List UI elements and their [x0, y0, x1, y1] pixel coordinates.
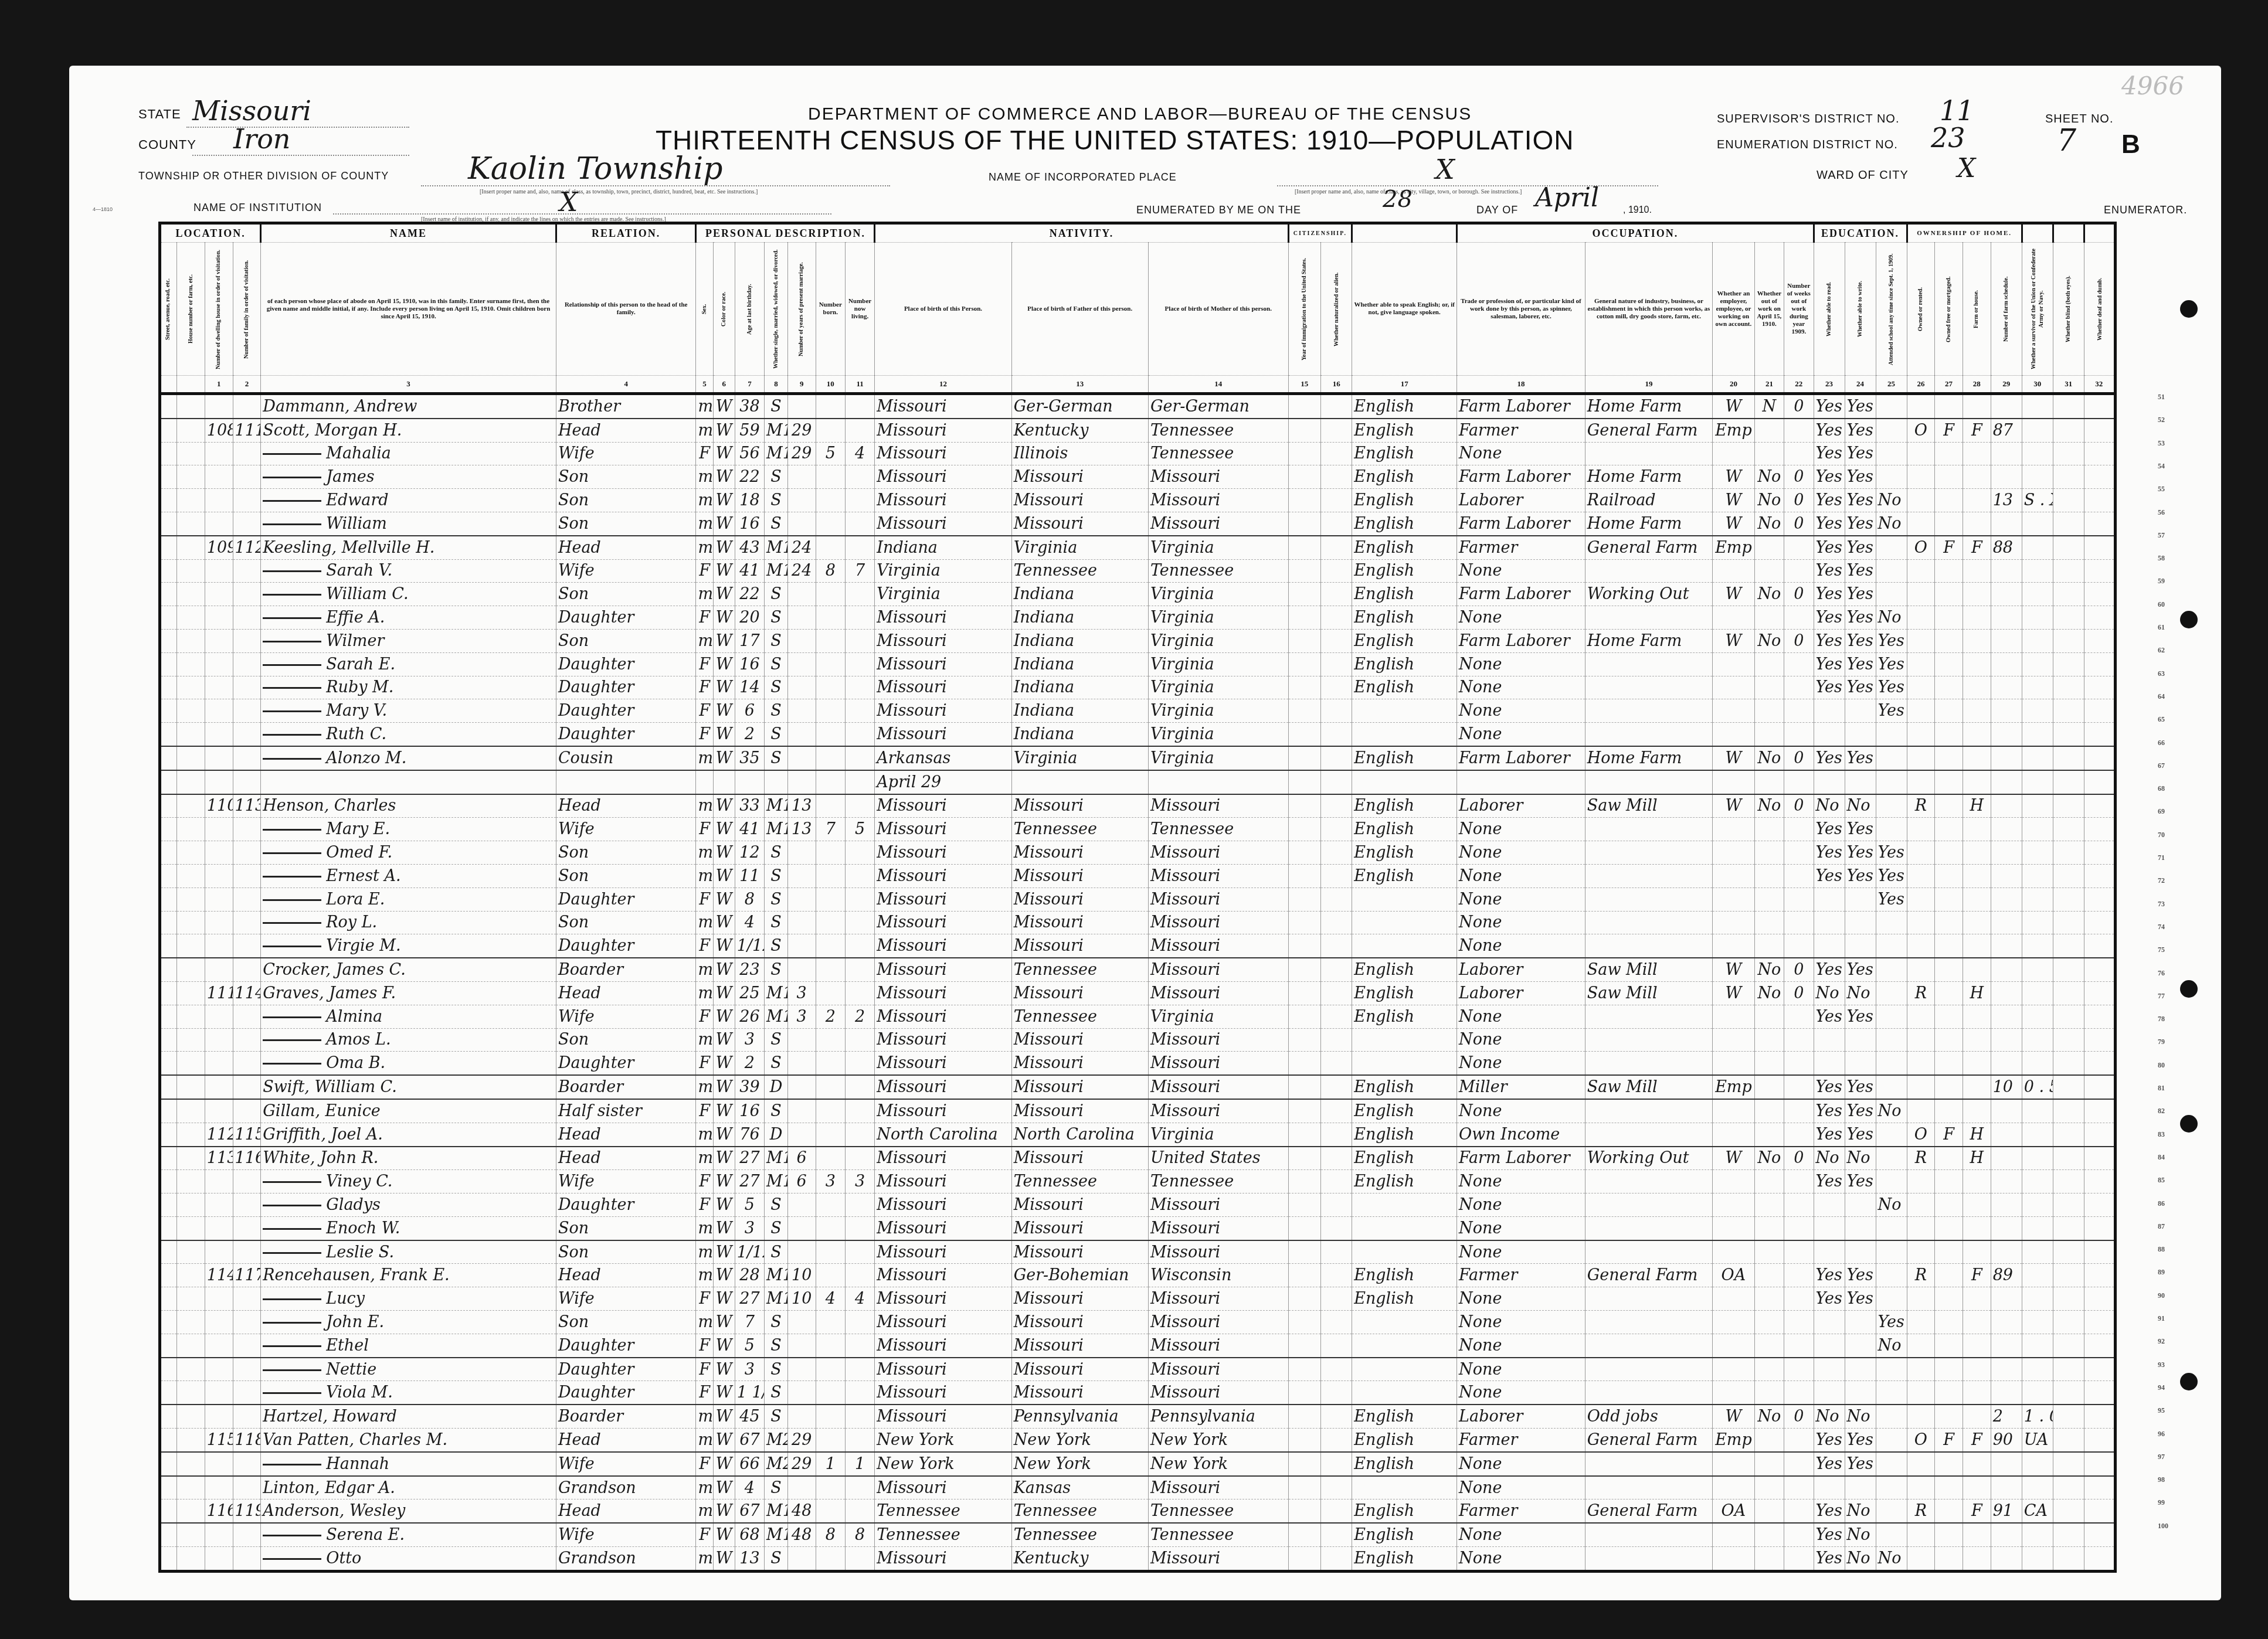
cell-sex: m [696, 1123, 713, 1146]
cell-age: 23 [735, 958, 764, 981]
cell-empty [177, 864, 205, 887]
cell-name: Wilmer [261, 629, 556, 652]
cell-empty [1288, 864, 1321, 887]
cell-race: W [713, 1005, 735, 1028]
cell-empty [1288, 911, 1321, 934]
cell-family [233, 1193, 261, 1217]
cell-born [816, 1123, 845, 1146]
cell-empty [160, 1170, 177, 1193]
cell-empty [1288, 1523, 1321, 1546]
cell-relation: Grandson [556, 1476, 696, 1499]
cell-age: 11 [735, 864, 764, 887]
table-row: LucyWifeFW27M11044MissouriMissouriMissou… [160, 1287, 2116, 1311]
cell-dwelling [205, 1099, 233, 1123]
cell-out-of-work [1754, 911, 1784, 934]
cell-family [233, 606, 261, 630]
cell-weeks-out [1784, 442, 1814, 465]
cell-sex: F [696, 818, 713, 841]
cell-born [816, 723, 845, 746]
cell-father-birth: Missouri [1011, 1381, 1148, 1405]
cell-school [1876, 465, 1907, 489]
cell-empty [160, 1429, 177, 1452]
cell-years-married [787, 606, 816, 630]
cell-empty [1321, 1358, 1352, 1381]
cell-industry [1585, 911, 1712, 934]
cell-empty [2084, 1216, 2115, 1240]
cell-age: 26 [735, 1005, 764, 1028]
census-table: LOCATION. NAME RELATION. PERSONAL DESCRI… [158, 222, 2117, 1573]
cell-write: No [1845, 1547, 1876, 1572]
cell-relation: Wife [556, 1287, 696, 1311]
cell-race: W [713, 419, 735, 442]
cell-empty [2084, 934, 2115, 958]
cell-relation: Son [556, 512, 696, 535]
cell-empty [2053, 1052, 2084, 1075]
cell-class [1713, 770, 1755, 794]
cell-relation: Wife [556, 1170, 696, 1193]
cell-father-birth: Kansas [1011, 1476, 1148, 1499]
ditto-dash [263, 523, 321, 525]
cell-weeks-out [1784, 1264, 1814, 1287]
cell-out-of-work: No [1754, 1147, 1784, 1170]
cell-write: Yes [1845, 1075, 1876, 1099]
cell-family [233, 911, 261, 934]
cell-family [233, 1075, 261, 1099]
cell-write: Yes [1845, 864, 1876, 887]
cell-family [233, 629, 261, 652]
cell-dwelling [205, 1052, 233, 1075]
cell-sex: m [696, 629, 713, 652]
cell-empty [177, 1287, 205, 1311]
cell-school [1876, 1170, 1907, 1193]
cell-empty [1288, 1216, 1321, 1240]
hdr-birth-mother: Place of birth of Mother of this person. [1148, 243, 1288, 376]
line-number: 88 [2158, 1245, 2165, 1254]
cell-school: No [1876, 512, 1907, 535]
cell-empty [2053, 1499, 2084, 1523]
cell-age: 4 [735, 911, 764, 934]
cell-name: Griffith, Joel A. [261, 1123, 556, 1146]
township-label: Township or other division of county [138, 170, 389, 182]
colno: 20 [1713, 376, 1755, 394]
cell-relation: Head [556, 981, 696, 1005]
cell-class: OA [1713, 1499, 1755, 1523]
cell-name: Henson, Charles [261, 794, 556, 818]
cell-owned [1907, 723, 1935, 746]
cell-father-birth: Illinois [1011, 442, 1148, 465]
cell-race: W [713, 818, 735, 841]
cell-name: Ernest A. [261, 864, 556, 887]
cell-marital: S [765, 512, 788, 535]
group-deaf [2084, 223, 2115, 243]
cell-relation: Daughter [556, 934, 696, 958]
cell-mortgaged [1935, 1216, 1963, 1240]
cell-age: 1 1/12 [735, 1381, 764, 1405]
cell-mortgaged [1935, 1005, 1963, 1028]
cell-living [845, 1429, 874, 1452]
cell-birth: Missouri [875, 1216, 1011, 1240]
cell-sex: m [696, 1264, 713, 1287]
cell-marital: S [765, 489, 788, 512]
cell-empty [2084, 676, 2115, 699]
table-row: 112115Griffith, Joel A.HeadmW76DNorth Ca… [160, 1123, 2116, 1146]
cell-out-of-work: No [1754, 465, 1784, 489]
cell-born [816, 746, 845, 770]
cell-weeks-out [1784, 1381, 1814, 1405]
cell-mother-birth: Missouri [1148, 1052, 1288, 1075]
cell-schedule [1991, 652, 2022, 676]
cell-age [735, 770, 764, 794]
cell-mother-birth: Virginia [1148, 1005, 1288, 1028]
cell-marital: M1 [765, 1523, 788, 1546]
cell-empty [177, 1334, 205, 1357]
cell-birth: Missouri [875, 794, 1011, 818]
cell-empty [177, 958, 205, 981]
cell-english: English [1352, 1075, 1457, 1099]
cell-marital: M1 [765, 536, 788, 559]
cell-empty [177, 981, 205, 1005]
cell-living [845, 629, 874, 652]
cell-occupation: Laborer [1457, 981, 1585, 1005]
cell-birth: Missouri [875, 676, 1011, 699]
cell-empty [1288, 1547, 1321, 1572]
cell-farm-house [1963, 394, 1991, 419]
cell-empty [2084, 442, 2115, 465]
cell-birth: Missouri [875, 1099, 1011, 1123]
cell-dwelling [205, 442, 233, 465]
cell-empty [1321, 1005, 1352, 1028]
cell-class: W [1713, 1147, 1755, 1170]
cell-years-married [787, 1381, 816, 1405]
cell-schedule [1991, 676, 2022, 699]
cell-years-married [787, 489, 816, 512]
cell-years-married: 29 [787, 1429, 816, 1452]
cell-relation: Brother [556, 394, 696, 419]
cell-born: 8 [816, 1523, 845, 1546]
cell-schedule [1991, 1523, 2022, 1546]
table-row: WilmerSonmW17SMissouriIndianaVirginiaEng… [160, 629, 2116, 652]
hdr-years-married: Number of years of present marriage. [787, 243, 816, 376]
cell-farm-house: H [1963, 1147, 1991, 1170]
cell-empty [1321, 841, 1352, 865]
cell-empty [160, 746, 177, 770]
group-blind [2053, 223, 2084, 243]
cell-extra [2022, 699, 2053, 723]
cell-birth: Missouri [875, 465, 1011, 489]
cell-sex: F [696, 606, 713, 630]
cell-owned: R [1907, 1264, 1935, 1287]
cell-empty [160, 1240, 177, 1264]
cell-years-married [787, 770, 816, 794]
colno [160, 376, 177, 394]
cell-schedule [1991, 1452, 2022, 1476]
line-number: 54 [2158, 462, 2165, 471]
cell-father-birth: Indiana [1011, 606, 1148, 630]
cell-empty [2053, 1358, 2084, 1381]
cell-empty [2053, 583, 2084, 606]
cell-mother-birth: Missouri [1148, 512, 1288, 535]
cell-owned [1907, 818, 1935, 841]
cell-mortgaged [1935, 1170, 1963, 1193]
cell-schedule [1991, 606, 2022, 630]
cell-empty [1288, 1452, 1321, 1476]
cell-sex: m [696, 841, 713, 865]
cell-mortgaged [1935, 841, 1963, 865]
cell-birth: Missouri [875, 818, 1011, 841]
cell-empty [2053, 676, 2084, 699]
cell-empty [1321, 419, 1352, 442]
cell-family [233, 583, 261, 606]
cell-name: Ruby M. [261, 676, 556, 699]
cell-relation: Daughter [556, 652, 696, 676]
cell-empty [177, 911, 205, 934]
cell-mother-birth: Tennessee [1148, 1170, 1288, 1193]
institution-label: Name of institution [193, 202, 322, 214]
cell-schedule [1991, 841, 2022, 865]
cell-schedule [1991, 512, 2022, 535]
cell-empty [1288, 419, 1321, 442]
cell-marital: S [765, 1405, 788, 1428]
cell-write [1845, 1311, 1876, 1334]
cell-school [1876, 770, 1907, 794]
table-row: NettieDaughterFW3SMissouriMissouriMissou… [160, 1358, 2116, 1381]
cell-occupation: None [1457, 864, 1585, 887]
cell-empty [160, 841, 177, 865]
cell-farm-house [1963, 1028, 1991, 1052]
cell-name: James [261, 465, 556, 489]
cell-born [816, 770, 845, 794]
cell-empty [160, 1147, 177, 1170]
cell-born [816, 489, 845, 512]
cell-write: No [1845, 794, 1876, 818]
cell-industry [1585, 841, 1712, 865]
year: , 1910. [1623, 205, 1652, 216]
cell-mortgaged [1935, 465, 1963, 489]
cell-owned [1907, 489, 1935, 512]
ditto-dash [263, 710, 321, 712]
cell-dwelling: 111 [205, 981, 233, 1005]
cell-sex: F [696, 559, 713, 583]
form-number: 4—1810 [93, 206, 113, 212]
line-number: 53 [2158, 439, 2165, 448]
cell-empty [177, 676, 205, 699]
cell-farm-house [1963, 1523, 1991, 1546]
cell-name: Viney C. [261, 1170, 556, 1193]
cell-dwelling [205, 1170, 233, 1193]
cell-empty [2084, 887, 2115, 911]
cell-mortgaged [1935, 512, 1963, 535]
cell-years-married: 29 [787, 1452, 816, 1476]
cell-mortgaged: F [1935, 1123, 1963, 1146]
cell-race: W [713, 1287, 735, 1311]
cell-relation: Wife [556, 1523, 696, 1546]
cell-class [1713, 1547, 1755, 1572]
cell-industry: Home Farm [1585, 465, 1712, 489]
cell-empty [1288, 1005, 1321, 1028]
cell-english: English [1352, 606, 1457, 630]
cell-farm-house [1963, 512, 1991, 535]
cell-empty [1321, 465, 1352, 489]
cell-name: Enoch W. [261, 1216, 556, 1240]
cell-occupation: Laborer [1457, 958, 1585, 981]
ditto-dash [263, 453, 321, 455]
cell-birth: Missouri [875, 394, 1011, 419]
cell-read: Yes [1814, 419, 1845, 442]
hdr-trade: Trade or profession of, or particular ki… [1457, 243, 1585, 376]
cell-age: 14 [735, 676, 764, 699]
cell-english: English [1352, 419, 1457, 442]
cell-age: 16 [735, 652, 764, 676]
cell-school: Yes [1876, 699, 1907, 723]
cell-empty [2053, 723, 2084, 746]
cell-living [845, 746, 874, 770]
cell-read: Yes [1814, 629, 1845, 652]
cell-relation: Son [556, 583, 696, 606]
cell-mother-birth: Virginia [1148, 652, 1288, 676]
cell-mother-birth: Tennessee [1148, 1523, 1288, 1546]
cell-born: 5 [816, 442, 845, 465]
cell-years-married [787, 864, 816, 887]
cell-industry: General Farm [1585, 1499, 1712, 1523]
cell-empty [160, 1547, 177, 1572]
cell-family: 117 [233, 1264, 261, 1287]
cell-empty [1321, 981, 1352, 1005]
cell-race: W [713, 1429, 735, 1452]
cell-birth: April 29 [875, 770, 1011, 794]
cell-write: No [1845, 1147, 1876, 1170]
cell-born [816, 1147, 845, 1170]
cell-empty [1321, 1405, 1352, 1428]
cell-weeks-out [1784, 1099, 1814, 1123]
cell-english: English [1352, 489, 1457, 512]
cell-marital: S [765, 864, 788, 887]
cell-relation: Son [556, 489, 696, 512]
cell-school: No [1876, 1099, 1907, 1123]
cell-empty [177, 1075, 205, 1099]
ditto-dash [263, 1392, 321, 1394]
cell-class: W [1713, 489, 1755, 512]
cell-farm-house [1963, 841, 1991, 865]
cell-race: W [713, 676, 735, 699]
cell-race: W [713, 583, 735, 606]
cell-schedule: 10 [1991, 1075, 2022, 1099]
cell-empty [2053, 465, 2084, 489]
cell-mortgaged [1935, 583, 1963, 606]
table-row: William C.SonmW22SVirginiaIndianaVirgini… [160, 583, 2116, 606]
cell-living [845, 911, 874, 934]
line-number: 84 [2158, 1153, 2165, 1162]
cell-name: White, John R. [261, 1147, 556, 1170]
cell-empty [2084, 770, 2115, 794]
cell-dwelling [205, 723, 233, 746]
cell-write: No [1845, 1523, 1876, 1546]
cell-birth: Missouri [875, 652, 1011, 676]
cell-birth: Virginia [875, 559, 1011, 583]
cell-out-of-work: No [1754, 1405, 1784, 1428]
cell-sex: m [696, 1547, 713, 1572]
cell-marital: S [765, 1216, 788, 1240]
cell-empty [2084, 911, 2115, 934]
line-number: 89 [2158, 1268, 2165, 1277]
cell-industry: General Farm [1585, 419, 1712, 442]
cell-empty [1321, 629, 1352, 652]
cell-race: W [713, 489, 735, 512]
cell-occupation: Farmer [1457, 1499, 1585, 1523]
cell-race: W [713, 512, 735, 535]
cell-name: Leslie S. [261, 1240, 556, 1264]
cell-years-married: 10 [787, 1287, 816, 1311]
cell-age: 68 [735, 1523, 764, 1546]
cell-relation: Son [556, 1311, 696, 1334]
cell-mortgaged [1935, 746, 1963, 770]
cell-owned [1907, 864, 1935, 887]
cell-occupation: None [1457, 442, 1585, 465]
cell-mother-birth: Missouri [1148, 911, 1288, 934]
cell-occupation: Own Income [1457, 1123, 1585, 1146]
cell-schedule [1991, 394, 2022, 419]
cell-owned [1907, 1311, 1935, 1334]
cell-mortgaged [1935, 1547, 1963, 1572]
cell-empty [177, 442, 205, 465]
cell-empty [2084, 1547, 2115, 1572]
line-number: 61 [2158, 623, 2165, 632]
cell-father-birth: North Carolina [1011, 1123, 1148, 1146]
cell-industry: General Farm [1585, 1264, 1712, 1287]
cell-dwelling [205, 559, 233, 583]
cell-sex: m [696, 394, 713, 419]
cell-race: W [713, 1052, 735, 1075]
cell-father-birth: Ger-German [1011, 394, 1148, 419]
cell-school [1876, 818, 1907, 841]
hdr-veteran: Whether a survivor of the Union or Confe… [2022, 243, 2053, 376]
cell-empty [2084, 1334, 2115, 1357]
cell-mother-birth: Missouri [1148, 958, 1288, 981]
cell-mother-birth: Missouri [1148, 1099, 1288, 1123]
cell-owned: R [1907, 981, 1935, 1005]
cell-birth: Missouri [875, 512, 1011, 535]
cell-mother-birth: Virginia [1148, 676, 1288, 699]
cell-years-married: 3 [787, 981, 816, 1005]
cell-out-of-work [1754, 1075, 1784, 1099]
cell-dwelling [205, 864, 233, 887]
cell-weeks-out: 0 [1784, 981, 1814, 1005]
cell-mortgaged [1935, 1052, 1963, 1075]
cell-marital: S [765, 1099, 788, 1123]
cell-born [816, 1099, 845, 1123]
line-number: 62 [2158, 646, 2165, 655]
cell-relation: Boarder [556, 958, 696, 981]
cell-school [1876, 1052, 1907, 1075]
cell-class: OA [1713, 1264, 1755, 1287]
cell-living [845, 1334, 874, 1357]
cell-sex: m [696, 1147, 713, 1170]
cell-owned: O [1907, 419, 1935, 442]
cell-mother-birth: Ger-German [1148, 394, 1288, 419]
cell-empty [1288, 465, 1321, 489]
cell-empty [1321, 1499, 1352, 1523]
cell-occupation: Farm Laborer [1457, 629, 1585, 652]
township-note: [Insert proper name and, also, name of c… [480, 189, 758, 195]
cell-class [1713, 818, 1755, 841]
cell-occupation: None [1457, 1193, 1585, 1217]
census-title: THIRTEENTH CENSUS OF THE UNITED STATES: … [656, 124, 1574, 156]
cell-empty [1321, 818, 1352, 841]
cell-empty [1288, 583, 1321, 606]
cell-age: 56 [735, 442, 764, 465]
cell-weeks-out [1784, 1005, 1814, 1028]
cell-owned: O [1907, 536, 1935, 559]
cell-living [845, 1028, 874, 1052]
